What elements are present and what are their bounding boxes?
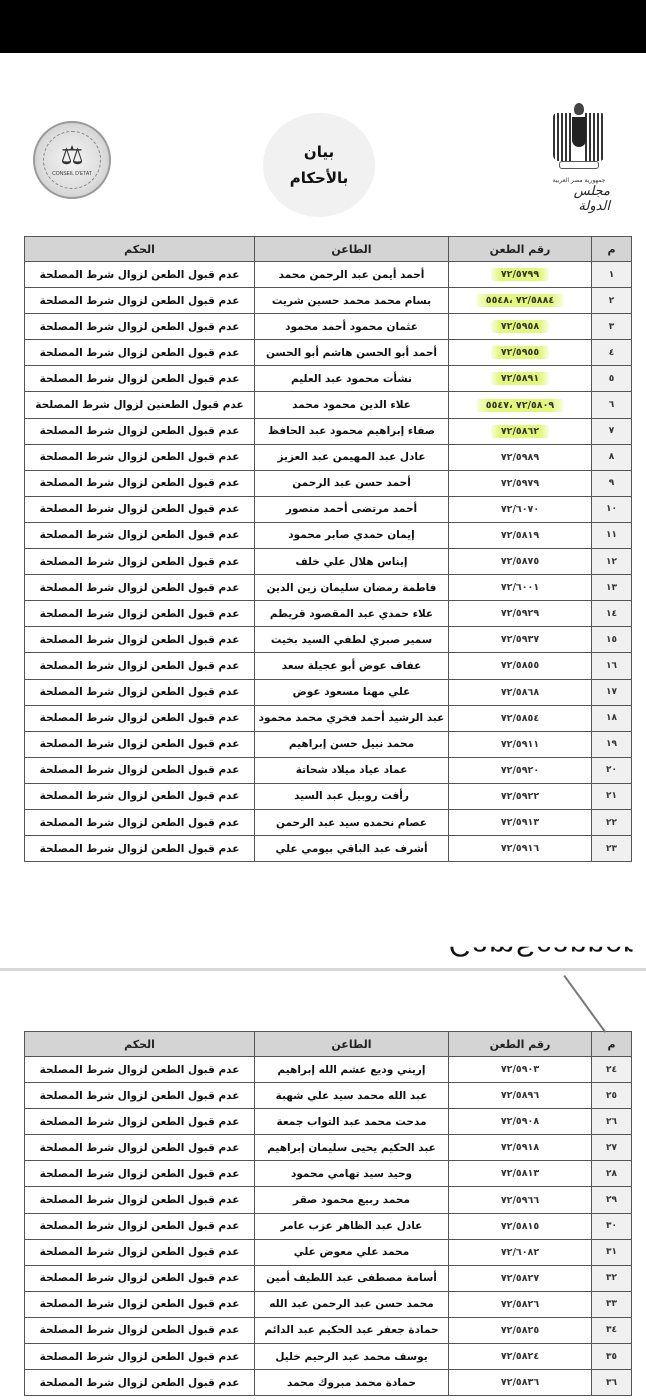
cell-verdict: عدم قبول الطعن لزوال شرط المصلحة <box>25 757 255 783</box>
title-line-1: بيان <box>304 139 334 165</box>
cell-appellant: سمير صبري لطفي السيد بخيت <box>255 627 449 653</box>
cell-appellant: أحمد أبو الحسن هاشم أبو الحسن <box>255 340 449 366</box>
cell-case-number: ٧٢/٥٨١٣ <box>449 1161 592 1187</box>
table-row: ٢٧٢/٥٨٨٤ ،٥٥٤٨بسام محمد محمد حسين شريتعد… <box>25 288 632 314</box>
table-row: ٣٧٢/٥٩٥٨عثمان محمود أحمد محمودعدم قبول ا… <box>25 314 632 340</box>
cell-verdict: عدم قبول الطعن لزوال شرط المصلحة <box>25 549 255 575</box>
cell-appellant: أشرف عبد الباقي بيومي علي <box>255 836 449 862</box>
cell-case-number: ٧٢/٦٠٠١ <box>449 575 592 601</box>
table-row: ١٤٧٢/٥٩٢٩علاء حمدي عبد المقصود قريطمعدم … <box>25 601 632 627</box>
cell-serial: ٢١ <box>592 783 632 809</box>
table-row: ١٩٧٢/٥٩١١محمد نبيل حسن إبراهيمعدم قبول ا… <box>25 731 632 757</box>
cell-appellant: علي مهنا مسعود عوض <box>255 679 449 705</box>
cell-appellant: محمد حسن عبد الرحمن عبد الله <box>255 1291 449 1317</box>
emblem-caption: جمهورية مصر العربية <box>553 177 606 184</box>
cell-verdict: عدم قبول الطعن لزوال شرط المصلحة <box>25 522 255 548</box>
cell-serial: ٢٨ <box>592 1161 632 1187</box>
document-title: بيان بالأحكام <box>263 113 375 217</box>
cell-verdict: عدم قبول الطعن لزوال شرط المصلحة <box>25 1109 255 1135</box>
cell-verdict: عدم قبول الطعن لزوال شرط المصلحة <box>25 705 255 731</box>
cell-verdict: عدم قبول الطعن لزوال شرط المصلحة <box>25 314 255 340</box>
cell-appellant: عماد عياد ميلاد شحاتة <box>255 757 449 783</box>
document-page-1: ⚖ CONSEIL D'ETAT بيان بالأحكام جمهورية م… <box>0 53 646 910</box>
cell-serial: ٣٠ <box>592 1213 632 1239</box>
highlighted-case-number: ٧٢/٥٨٠٩ ،٥٥٤٧ <box>476 399 564 412</box>
table-row: ٢٨٧٢/٥٨١٣وحيد سيد تهامي محمودعدم قبول ال… <box>25 1161 632 1187</box>
highlighted-case-number: ٧٢/٥٩٥٥ <box>491 346 549 359</box>
cell-appellant: محمد علي معوض علي <box>255 1239 449 1265</box>
col-header-verdict: الحكم <box>25 1032 255 1057</box>
highlighted-case-number: ٧٢/٥٨٦٢ <box>491 425 549 438</box>
table-row: ١١٧٢/٥٨١٩إيمان حمدي صابر محمودعدم قبول ا… <box>25 522 632 548</box>
cell-case-number: ٧٢/٥٩٣٧ <box>449 627 592 653</box>
cell-appellant: رأفت روبيل عبد السيد <box>255 783 449 809</box>
cell-case-number: ٧٢/٦٠٨٢ <box>449 1239 592 1265</box>
cell-appellant: عثمان محمود أحمد محمود <box>255 314 449 340</box>
table-row: ٢٠٧٢/٥٩٢٠عماد عياد ميلاد شحاتةعدم قبول ا… <box>25 757 632 783</box>
cell-case-number: ٧٢/٥٩٧٩ <box>449 470 592 496</box>
cell-appellant: فاطمة رمضان سليمان زين الدين <box>255 575 449 601</box>
table-row: ٢٩٧٢/٥٩٦٦محمد ربيع محمود صقرعدم قبول الط… <box>25 1187 632 1213</box>
cell-verdict: عدم قبول الطعن لزوال شرط المصلحة <box>25 1370 255 1396</box>
table-row: ٣٠٧٢/٥٨١٥عادل عبد الظاهر عزب عامرعدم قبو… <box>25 1213 632 1239</box>
col-header-case-number: رقم الطعن <box>449 1032 592 1057</box>
cell-case-number: ٧٢/٦٠٧٠ <box>449 496 592 522</box>
cell-case-number: ٧٢/٥٨٨٤ ،٥٥٤٨ <box>449 288 592 314</box>
table-row: ٢٧٧٢/٥٩١٨عبد الحكيم يحيى سليمان إبراهيمع… <box>25 1135 632 1161</box>
cell-serial: ٣١ <box>592 1239 632 1265</box>
cell-serial: ٣٦ <box>592 1370 632 1396</box>
table-row: ٩٧٢/٥٩٧٩أحمد حسن عبد الرحمنعدم قبول الطع… <box>25 470 632 496</box>
cell-appellant: صفاء إبراهيم محمود عبد الحافظ <box>255 418 449 444</box>
verdicts-table-page-2: م رقم الطعن الطاعن الحكم ٢٤٧٢/٥٩٠٣إريني … <box>24 1031 632 1396</box>
table-row: ٢٣٧٢/٥٩١٦أشرف عبد الباقي بيومي عليعدم قب… <box>25 836 632 862</box>
cell-verdict: عدم قبول الطعن لزوال شرط المصلحة <box>25 653 255 679</box>
cell-appellant: أحمد حسن عبد الرحمن <box>255 470 449 496</box>
cell-verdict: عدم قبول الطعن لزوال شرط المصلحة <box>25 262 255 288</box>
state-emblem: جمهورية مصر العربية مجلس الدولة <box>548 103 610 218</box>
top-black-bar <box>0 0 646 53</box>
cell-appellant: عادل عبد المهيمن عبد العزيز <box>255 444 449 470</box>
cell-verdict: عدم قبول الطعن لزوال شرط المصلحة <box>25 470 255 496</box>
cell-verdict: عدم قبول الطعن لزوال شرط المصلحة <box>25 366 255 392</box>
table-row: ١٧٢/٥٧٩٩أحمد أيمن عبد الرحمن محمدعدم قبو… <box>25 262 632 288</box>
cell-case-number: ٧٢/٥٨٥٥ <box>449 653 592 679</box>
cell-serial: ٧ <box>592 418 632 444</box>
col-header-appellant: الطاعن <box>255 1032 449 1057</box>
table-row: ٥٧٢/٥٨٩١نشأت محمود عبد العليمعدم قبول ال… <box>25 366 632 392</box>
cell-case-number: ٧٢/٥٨٣٦ <box>449 1370 592 1396</box>
table-row: ٨٧٢/٥٩٨٩عادل عبد المهيمن عبد العزيزعدم ق… <box>25 444 632 470</box>
cell-serial: ٣٤ <box>592 1317 632 1343</box>
table-row: ١٠٧٢/٦٠٧٠أحمد مرتضى أحمد منصورعدم قبول ا… <box>25 496 632 522</box>
cell-serial: ١٦ <box>592 653 632 679</box>
cell-case-number: ٧٢/٥٩٢٩ <box>449 601 592 627</box>
cell-case-number: ٧٢/٥٩٨٩ <box>449 444 592 470</box>
table-row: ٢١٧٢/٥٩٢٢رأفت روبيل عبد السيدعدم قبول ال… <box>25 783 632 809</box>
cell-verdict: عدم قبول الطعن لزوال شرط المصلحة <box>25 1239 255 1265</box>
cell-appellant: أحمد أيمن عبد الرحمن محمد <box>255 262 449 288</box>
cell-verdict: عدم قبول الطعن لزوال شرط المصلحة <box>25 836 255 862</box>
cell-verdict: عدم قبول الطعن لزوال شرط المصلحة <box>25 288 255 314</box>
cell-case-number: ٧٢/٥٧٩٩ <box>449 262 592 288</box>
cell-serial: ١٥ <box>592 627 632 653</box>
cell-appellant: يوسف محمد عبد الرحيم خليل <box>255 1344 449 1370</box>
table-row: ١٢٧٢/٥٨٧٥إيناس هلال علي خلفعدم قبول الطع… <box>25 549 632 575</box>
title-line-2: بالأحكام <box>290 165 349 191</box>
cell-case-number: ٧٢/٥٨٢٧ <box>449 1265 592 1291</box>
cell-case-number: ٧٢/٥٨٠٩ ،٥٥٤٧ <box>449 392 592 418</box>
cell-appellant: عبد الله محمد سيد علي شهبة <box>255 1083 449 1109</box>
cell-verdict: عدم قبول الطعن لزوال شرط المصلحة <box>25 601 255 627</box>
cell-verdict: عدم قبول الطعن لزوال شرط المصلحة <box>25 1265 255 1291</box>
cell-verdict: عدم قبول الطعن لزوال شرط المصلحة <box>25 496 255 522</box>
cell-serial: ٢٩ <box>592 1187 632 1213</box>
table-row: ٣٥٧٢/٥٨٢٤يوسف محمد عبد الرحيم خليلعدم قب… <box>25 1344 632 1370</box>
cell-serial: ٩ <box>592 470 632 496</box>
eagle-emblem-icon <box>553 103 605 173</box>
table-row: ٣٣٧٢/٥٨٢٦محمد حسن عبد الرحمن عبد اللهعدم… <box>25 1291 632 1317</box>
cell-case-number: ٧٢/٥٩١٦ <box>449 836 592 862</box>
cell-verdict: عدم قبول الطعن لزوال شرط المصلحة <box>25 1161 255 1187</box>
cell-serial: ١٢ <box>592 549 632 575</box>
table-row: ١٣٧٢/٦٠٠١فاطمة رمضان سليمان زين الدينعدم… <box>25 575 632 601</box>
table-row: ١٦٧٢/٥٨٥٥عفاف عوض أبو عجيلة سعدعدم قبول … <box>25 653 632 679</box>
cell-serial: ١ <box>592 262 632 288</box>
cell-case-number: ٧٢/٥٨٩٦ <box>449 1083 592 1109</box>
cell-case-number: ٧٢/٥٨٢٤ <box>449 1344 592 1370</box>
cell-appellant: محمد ربيع محمود صقر <box>255 1187 449 1213</box>
cell-case-number: ٧٢/٥٨١٩ <box>449 522 592 548</box>
cell-case-number: ٧٢/٥٩٦٦ <box>449 1187 592 1213</box>
cell-appellant: حمادة جعفر عبد الحكيم عبد الدائم <box>255 1317 449 1343</box>
table-row: ٣١٧٢/٦٠٨٢محمد علي معوض عليعدم قبول الطعن… <box>25 1239 632 1265</box>
cell-serial: ٢٢ <box>592 809 632 835</box>
scanner-watermark-strip: CamScanner <box>0 910 646 970</box>
cell-verdict: عدم قبول الطعن لزوال شرط المصلحة <box>25 1317 255 1343</box>
verdicts-table-page-1: م رقم الطعن الطاعن الحكم ١٧٢/٥٧٩٩أحمد أي… <box>24 236 632 862</box>
table-row: ٢٢٧٢/٥٩١٣عصام نحمده سيد عبد الرحمنعدم قب… <box>25 809 632 835</box>
table-row: ٧٧٢/٥٨٦٢صفاء إبراهيم محمود عبد الحافظعدم… <box>25 418 632 444</box>
cell-serial: ١٨ <box>592 705 632 731</box>
cell-verdict: عدم قبول الطعن لزوال شرط المصلحة <box>25 418 255 444</box>
cell-appellant: محمد نبيل حسن إبراهيم <box>255 731 449 757</box>
cell-appellant: إيناس هلال علي خلف <box>255 549 449 575</box>
cell-appellant: عفاف عوض أبو عجيلة سعد <box>255 653 449 679</box>
cell-appellant: علاء حمدي عبد المقصود قريطم <box>255 601 449 627</box>
cell-serial: ٢٥ <box>592 1083 632 1109</box>
table-body: ١٧٢/٥٧٩٩أحمد أيمن عبد الرحمن محمدعدم قبو… <box>25 262 632 862</box>
cell-case-number: ٧٢/٥٩٢٠ <box>449 757 592 783</box>
cell-serial: ٢٧ <box>592 1135 632 1161</box>
table-body: ٢٤٧٢/٥٩٠٣إريني وديع عشم الله إبراهيمعدم … <box>25 1057 632 1396</box>
cell-appellant: أحمد مرتضى أحمد منصور <box>255 496 449 522</box>
table-row: ١٧٧٢/٥٨٦٨علي مهنا مسعود عوضعدم قبول الطع… <box>25 679 632 705</box>
cell-serial: ٣٣ <box>592 1291 632 1317</box>
col-header-serial: م <box>592 1032 632 1057</box>
table-row: ٢٦٧٢/٥٩٠٨مدحت محمد عبد التواب جمعةعدم قب… <box>25 1109 632 1135</box>
cell-case-number: ٧٢/٥٩١٣ <box>449 809 592 835</box>
table-row: ٦٧٢/٥٨٠٩ ،٥٥٤٧علاء الدين محمود محمدعدم ق… <box>25 392 632 418</box>
cell-serial: ٤ <box>592 340 632 366</box>
cell-appellant: مدحت محمد عبد التواب جمعة <box>255 1109 449 1135</box>
cell-serial: ١٤ <box>592 601 632 627</box>
cell-case-number: ٧٢/٥٨٥٤ <box>449 705 592 731</box>
cell-serial: ٢٦ <box>592 1109 632 1135</box>
cell-case-number: ٧٢/٥٩٢٢ <box>449 783 592 809</box>
cell-verdict: عدم قبول الطعن لزوال شرط المصلحة <box>25 1291 255 1317</box>
cell-serial: ١٠ <box>592 496 632 522</box>
cell-appellant: عبد الرشيد أحمد فخري محمد محمود <box>255 705 449 731</box>
cell-appellant: نشأت محمود عبد العليم <box>255 366 449 392</box>
col-header-appellant: الطاعن <box>255 237 449 262</box>
cell-appellant: وحيد سيد تهامي محمود <box>255 1161 449 1187</box>
cell-serial: ١١ <box>592 522 632 548</box>
cell-serial: ٨ <box>592 444 632 470</box>
table-header-row: م رقم الطعن الطاعن الحكم <box>25 237 632 262</box>
cell-serial: ٢٠ <box>592 757 632 783</box>
emblem-name: مجلس الدولة <box>548 184 610 214</box>
cell-appellant: عصام نحمده سيد عبد الرحمن <box>255 809 449 835</box>
table-header-row: م رقم الطعن الطاعن الحكم <box>25 1032 632 1057</box>
cell-verdict: عدم قبول الطعن لزوال شرط المصلحة <box>25 1344 255 1370</box>
cell-appellant: عادل عبد الظاهر عزب عامر <box>255 1213 449 1239</box>
table-row: ١٨٧٢/٥٨٥٤عبد الرشيد أحمد فخري محمد محمود… <box>25 705 632 731</box>
cell-verdict: عدم قبول الطعن لزوال شرط المصلحة <box>25 340 255 366</box>
table-row: ٤٧٢/٥٩٥٥أحمد أبو الحسن هاشم أبو الحسنعدم… <box>25 340 632 366</box>
highlighted-case-number: ٧٢/٥٨٩١ <box>491 372 549 385</box>
table-row: ٣٦٧٢/٥٨٣٦حمادة محمد مبروك محمدعدم قبول ا… <box>25 1370 632 1396</box>
council-seal: ⚖ CONSEIL D'ETAT <box>33 121 111 199</box>
cell-case-number: ٧٢/٥٨٦٢ <box>449 418 592 444</box>
cell-verdict: عدم قبول الطعن لزوال شرط المصلحة <box>25 575 255 601</box>
cell-serial: ١٧ <box>592 679 632 705</box>
cell-appellant: إريني وديع عشم الله إبراهيم <box>255 1057 449 1083</box>
cell-appellant: أسامة مصطفى عبد اللطيف أمين <box>255 1265 449 1291</box>
cell-case-number: ٧٢/٥٩٥٥ <box>449 340 592 366</box>
scanner-watermark: CamScanner <box>449 928 634 962</box>
cell-case-number: ٧٢/٥٩٠٣ <box>449 1057 592 1083</box>
cell-serial: ١٩ <box>592 731 632 757</box>
table-row: ١٥٧٢/٥٩٣٧سمير صبري لطفي السيد بخيتعدم قب… <box>25 627 632 653</box>
cell-appellant: حمادة محمد مبروك محمد <box>255 1370 449 1396</box>
cell-verdict: عدم قبول الطعن لزوال شرط المصلحة <box>25 1083 255 1109</box>
cell-case-number: ٧٢/٥٩٠٨ <box>449 1109 592 1135</box>
document-header: ⚖ CONSEIL D'ETAT بيان بالأحكام جمهورية م… <box>0 53 646 233</box>
table-row: ٣٢٧٢/٥٨٢٧أسامة مصطفى عبد اللطيف أمينعدم … <box>25 1265 632 1291</box>
cell-appellant: علاء الدين محمود محمد <box>255 392 449 418</box>
cell-verdict: عدم قبول الطعن لزوال شرط المصلحة <box>25 627 255 653</box>
cell-serial: ١٣ <box>592 575 632 601</box>
cell-case-number: ٧٢/٥٨٩١ <box>449 366 592 392</box>
seal-label: CONSEIL D'ETAT <box>52 171 92 177</box>
table-row: ٣٤٧٢/٥٨٢٥حمادة جعفر عبد الحكيم عبد الدائ… <box>25 1317 632 1343</box>
col-header-serial: م <box>592 237 632 262</box>
col-header-verdict: الحكم <box>25 237 255 262</box>
cell-verdict: عدم قبول الطعن لزوال شرط المصلحة <box>25 809 255 835</box>
cell-serial: ٥ <box>592 366 632 392</box>
cell-case-number: ٧٢/٥٨١٥ <box>449 1213 592 1239</box>
cell-verdict: عدم قبول الطعنين لزوال شرط المصلحة <box>25 392 255 418</box>
cell-serial: ٢٣ <box>592 836 632 862</box>
cell-serial: ٣٥ <box>592 1344 632 1370</box>
cell-case-number: ٧٢/٥٨٢٥ <box>449 1317 592 1343</box>
cell-verdict: عدم قبول الطعن لزوال شرط المصلحة <box>25 1135 255 1161</box>
document-page-2: م رقم الطعن الطاعن الحكم ٢٤٧٢/٥٩٠٣إريني … <box>0 971 646 1400</box>
cell-verdict: عدم قبول الطعن لزوال شرط المصلحة <box>25 1213 255 1239</box>
col-header-case-number: رقم الطعن <box>449 237 592 262</box>
cell-case-number: ٧٢/٥٨٢٦ <box>449 1291 592 1317</box>
cell-verdict: عدم قبول الطعن لزوال شرط المصلحة <box>25 1057 255 1083</box>
cell-case-number: ٧٢/٥٨٦٨ <box>449 679 592 705</box>
cell-verdict: عدم قبول الطعن لزوال شرط المصلحة <box>25 444 255 470</box>
cell-appellant: بسام محمد محمد حسين شريت <box>255 288 449 314</box>
highlighted-case-number: ٧٢/٥٨٨٤ ،٥٥٤٨ <box>476 294 564 307</box>
cell-case-number: ٧٢/٥٩١٨ <box>449 1135 592 1161</box>
cell-verdict: عدم قبول الطعن لزوال شرط المصلحة <box>25 731 255 757</box>
cell-serial: ٢٤ <box>592 1057 632 1083</box>
highlighted-case-number: ٧٢/٥٧٩٩ <box>491 268 549 281</box>
cell-serial: ٣ <box>592 314 632 340</box>
cell-serial: ٣٢ <box>592 1265 632 1291</box>
highlighted-case-number: ٧٢/٥٩٥٨ <box>491 320 549 333</box>
cell-serial: ٦ <box>592 392 632 418</box>
cell-case-number: ٧٢/٥٩٥٨ <box>449 314 592 340</box>
cell-case-number: ٧٢/٥٩١١ <box>449 731 592 757</box>
table-row: ٢٥٧٢/٥٨٩٦عبد الله محمد سيد علي شهبةعدم ق… <box>25 1083 632 1109</box>
cell-verdict: عدم قبول الطعن لزوال شرط المصلحة <box>25 679 255 705</box>
cell-verdict: عدم قبول الطعن لزوال شرط المصلحة <box>25 1187 255 1213</box>
scales-of-justice-icon: ⚖ <box>60 143 83 169</box>
cell-appellant: عبد الحكيم يحيى سليمان إبراهيم <box>255 1135 449 1161</box>
cell-verdict: عدم قبول الطعن لزوال شرط المصلحة <box>25 783 255 809</box>
cell-case-number: ٧٢/٥٨٧٥ <box>449 549 592 575</box>
cell-serial: ٢ <box>592 288 632 314</box>
table-row: ٢٤٧٢/٥٩٠٣إريني وديع عشم الله إبراهيمعدم … <box>25 1057 632 1083</box>
cell-appellant: إيمان حمدي صابر محمود <box>255 522 449 548</box>
